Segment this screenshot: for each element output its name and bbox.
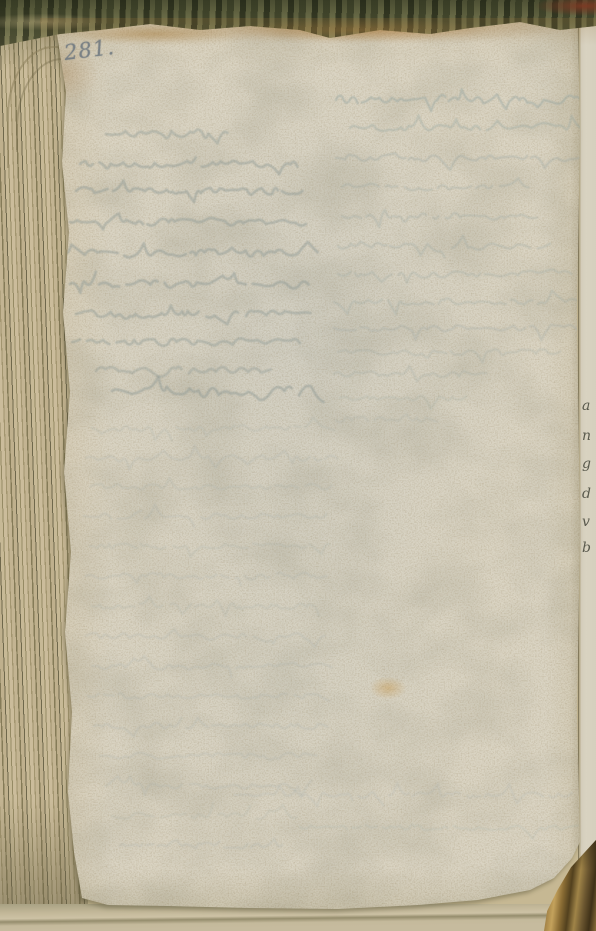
bleedthrough-line: [66, 242, 324, 257]
bleedthrough-line: [90, 544, 329, 557]
next-page-letter: d: [582, 486, 591, 502]
bleedthrough-line: [334, 325, 590, 341]
next-page-sliver: angdvb: [578, 0, 596, 931]
bleedthrough-line: [338, 270, 572, 284]
bleedthrough-line: [96, 367, 271, 377]
bleedthrough-line: [350, 115, 582, 131]
bleedthrough-line: [100, 753, 317, 760]
page-number: 281.: [63, 35, 116, 65]
bleedthrough-line: [338, 349, 560, 362]
bleedthrough-line: [120, 838, 289, 848]
bleedthrough-line: [86, 445, 337, 469]
bleedthrough-line: [112, 377, 324, 403]
bleedthrough-line: [90, 478, 331, 490]
bleedthrough-line: [235, 783, 572, 807]
bleedthrough-line: [106, 130, 228, 144]
bleedthrough-line: [334, 291, 578, 315]
manuscript-page: 281.: [38, 12, 580, 912]
next-page-letter: b: [582, 540, 591, 556]
next-page-letter: v: [582, 514, 590, 530]
manuscript-leaf-wrap: 281.: [38, 12, 580, 912]
paper-texture: [38, 12, 580, 912]
bleedthrough-line: [92, 596, 325, 616]
bleedthrough-line: [84, 504, 327, 527]
manuscript-book-scan: angdvb 281.: [0, 0, 596, 931]
bleedthrough-line: [338, 236, 550, 258]
bleedthrough-line: [70, 214, 306, 230]
bleedthrough-line: [76, 306, 311, 325]
bleedthrough-line: [72, 338, 300, 345]
bleedthrough-line: [334, 366, 486, 381]
next-page-letter: g: [582, 456, 591, 472]
bleedthrough-line: [342, 178, 529, 190]
bleedthrough-line: [94, 718, 327, 737]
bleedthrough-line: [336, 89, 584, 111]
bleedthrough-line: [80, 157, 297, 174]
bleedthrough-line: [112, 803, 297, 819]
bleedthrough-layer: [0, 0, 596, 931]
bleedthrough-line: [86, 629, 325, 647]
bleedthrough-line: [336, 153, 595, 170]
bleedthrough-line: [76, 181, 303, 203]
bleedthrough-line: [340, 396, 466, 409]
next-page-letter: a: [582, 398, 590, 414]
next-page-letter: n: [582, 428, 591, 444]
bleedthrough-line: [92, 417, 334, 441]
bleedthrough-line: [342, 210, 537, 228]
bleedthrough-line: [70, 272, 316, 293]
bleedthrough-line: [88, 693, 335, 701]
bleedthrough-line: [336, 414, 437, 422]
bleedthrough-line: [86, 573, 326, 586]
bleedthrough-line: [92, 656, 332, 677]
bleedthrough-line: [300, 825, 578, 839]
bleedthrough-line: [106, 776, 312, 797]
